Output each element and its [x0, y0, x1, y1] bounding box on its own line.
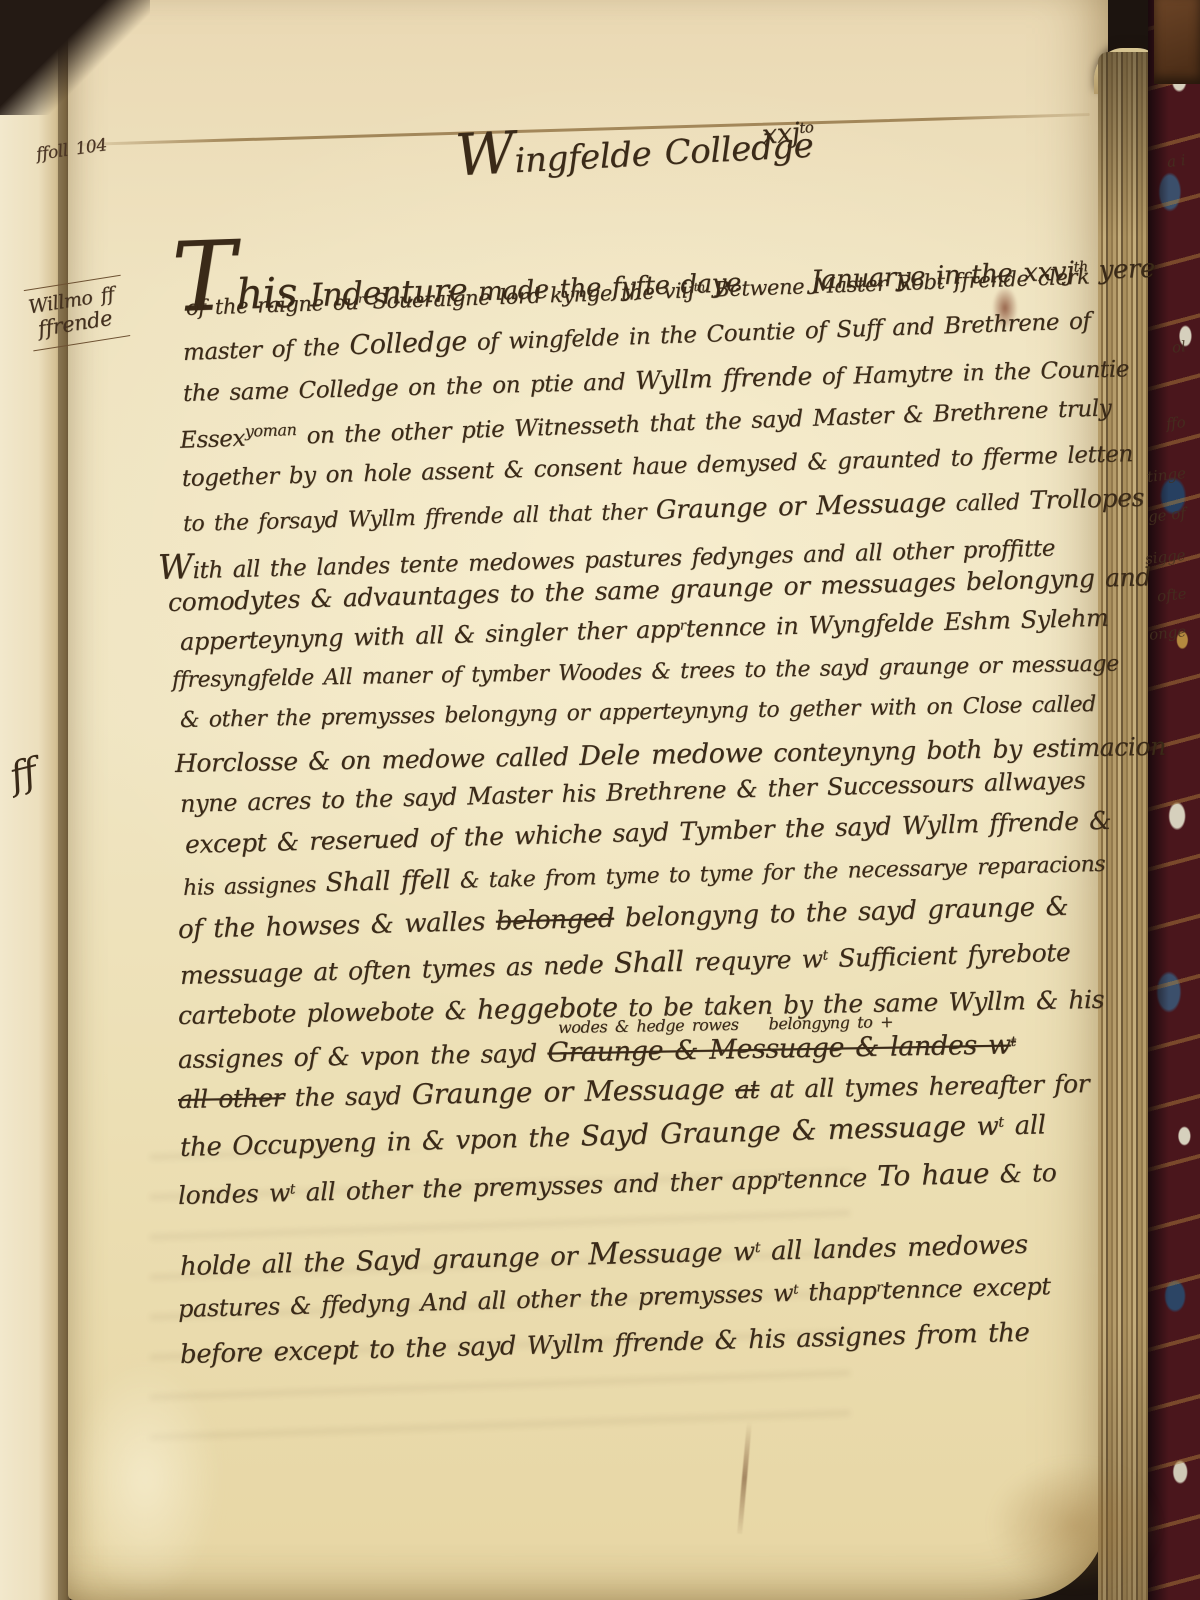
manuscript-word: Essex — [180, 426, 246, 454]
manuscript-line: ffresyngfelde All maner of tymber Woodes… — [172, 651, 1119, 693]
manuscript-word: essuage w — [618, 1237, 755, 1271]
manuscript-word: on the other ptie Witnesseth that the sa… — [296, 395, 1112, 449]
manuscript-word: Sayd Graunge & messuage — [580, 1109, 966, 1152]
edge-text-fragment: ofte — [1156, 585, 1187, 606]
manuscript-word: belongyng to + — [768, 1012, 893, 1033]
edge-text-fragment: ol — [1171, 337, 1187, 356]
manuscript-word: conteynyng both by estimacion — [763, 732, 1166, 768]
manuscript-word: Sayd — [355, 1245, 421, 1278]
manuscript-word: of the howses & walles — [178, 907, 497, 945]
manuscript-word: londes w — [178, 1178, 291, 1210]
manuscript-word: thapp — [798, 1277, 877, 1307]
edge-text-fragment: ffo — [1165, 413, 1186, 433]
manuscript-word: the sayd — [284, 1081, 412, 1112]
manuscript-word: apperteynyng with all & singler ther app — [180, 615, 681, 656]
manuscript-word — [724, 1075, 735, 1104]
manuscript-word: belongyng to the sayd graunge & — [614, 892, 1069, 934]
manuscript-word: Colledge — [349, 326, 468, 361]
manuscript-word: Trollopes — [1029, 483, 1144, 515]
manuscript-word: the Occupyeng in & vpon the — [180, 1123, 581, 1163]
manuscript-word: all other — [178, 1083, 285, 1114]
manuscript-word: to the forsayd Wyllm ffrende all that th… — [183, 500, 656, 537]
manuscript-word: all landes medowes — [760, 1230, 1028, 1267]
manuscript-word: master of the — [183, 334, 350, 366]
manuscript-word: & other the premysses belongyng or apper… — [180, 692, 1096, 733]
manuscript-word: Graunge or Messuage — [655, 488, 946, 526]
manuscript-word: Graunge or Messuage — [412, 1072, 725, 1110]
manuscript-word: of Hamytre in the Countie — [812, 356, 1130, 390]
manuscript-word: called — [946, 490, 1030, 517]
edge-text-fragment: onge — [1148, 622, 1187, 644]
manuscript-word: at — [735, 1075, 760, 1104]
manuscript-word: Wyllm ffrende — [635, 362, 813, 396]
manuscript-word: Shall — [613, 945, 684, 980]
manuscript-word: th — [693, 280, 705, 294]
manuscript-line: pastures & ffedyng And all other the pre… — [178, 1272, 1051, 1323]
manuscript-word: belonged — [495, 904, 614, 937]
manuscript-word: Graunge & Messuage & landes w — [547, 1029, 1011, 1068]
manuscript-word: t — [1011, 1034, 1016, 1050]
manuscript-word: Horclosse & on medowe called — [175, 742, 580, 778]
manuscript-word: cartebote plowebote & — [178, 996, 477, 1030]
manuscript-word: assignes of & vpon the sayd — [178, 1039, 548, 1074]
manuscript-word: Dele medowe — [579, 738, 763, 772]
manuscript-line: before except to the sayd Wyllm ffrende … — [180, 1318, 1030, 1370]
manuscript-line: the Occupyeng in & vpon the Sayd Graunge… — [180, 1107, 1046, 1163]
manuscript-word: Shall ffell — [325, 865, 451, 898]
manuscript-word: graunge or — [421, 1241, 589, 1275]
manuscript-word: ffresyngfelde All maner of tymber Woodes… — [172, 651, 1119, 693]
manuscript-word: To haue — [877, 1157, 990, 1193]
manuscript-line: londes wt all other the premysses and th… — [178, 1155, 1057, 1211]
manuscript-word: & to — [989, 1158, 1057, 1189]
manuscript-word: tennce except — [882, 1272, 1051, 1304]
manuscript-word: messuage at often tymes as nede — [180, 950, 615, 990]
manuscript-word: yoman — [244, 420, 296, 441]
manuscript-line: & other the premysses belongyng or apper… — [180, 692, 1096, 733]
manuscript-word: all other the premysses and ther app — [295, 1165, 778, 1207]
manuscript-word: tennce — [783, 1163, 878, 1194]
manuscript-word: holde all the — [180, 1247, 356, 1282]
manuscript-word: the same Colledge on the on ptie and — [183, 369, 636, 407]
manuscript-word: W — [157, 547, 193, 588]
manuscript-line: all other the sayd Graunge or Messuage a… — [178, 1066, 1090, 1115]
manuscript-word: requyre w — [683, 944, 823, 977]
manuscript-word: & his assignes from the — [703, 1318, 1030, 1357]
manuscript-word: all — [1003, 1110, 1046, 1141]
manuscript-word: Sufficient fyrebote — [827, 938, 1070, 973]
edge-text-fragment: a i — [1167, 151, 1187, 171]
manuscript-word: Wyllm ffrende — [526, 1326, 704, 1360]
manuscript-word: tennce in Wyngfelde Eshm Sylehm — [685, 604, 1108, 643]
manuscript-word: w — [965, 1112, 999, 1143]
manuscript-word: before except to the sayd — [180, 1331, 528, 1370]
manuscript-text-block: This Indenture made the fyfte dayeJanuar… — [0, 0, 1200, 1600]
manuscript-word: pastures & ffedyng And all other the pre… — [178, 1279, 794, 1323]
manuscript-word: & take from tyme to tyme for the necessa… — [450, 852, 1106, 894]
manuscript-word: M — [588, 1237, 619, 1273]
manuscript-line: assignes of & vpon the sayd Graunge & Me… — [178, 1029, 1016, 1075]
manuscript-word: yere — [1087, 254, 1155, 286]
manuscript-line: messuage at often tymes as nede Shall re… — [180, 935, 1071, 991]
manuscript-line: holde all the Sayd graunge or Messuage w… — [180, 1226, 1029, 1283]
manuscript-line: of the howses & walles belonged belongyn… — [178, 892, 1069, 945]
manuscript-word: at all tymes hereafter for — [759, 1069, 1090, 1104]
manuscript-word: his assignes — [183, 872, 326, 901]
manuscript-photo: Wingfelde Colledge xxjto ffoll 104 Willm… — [0, 0, 1200, 1600]
